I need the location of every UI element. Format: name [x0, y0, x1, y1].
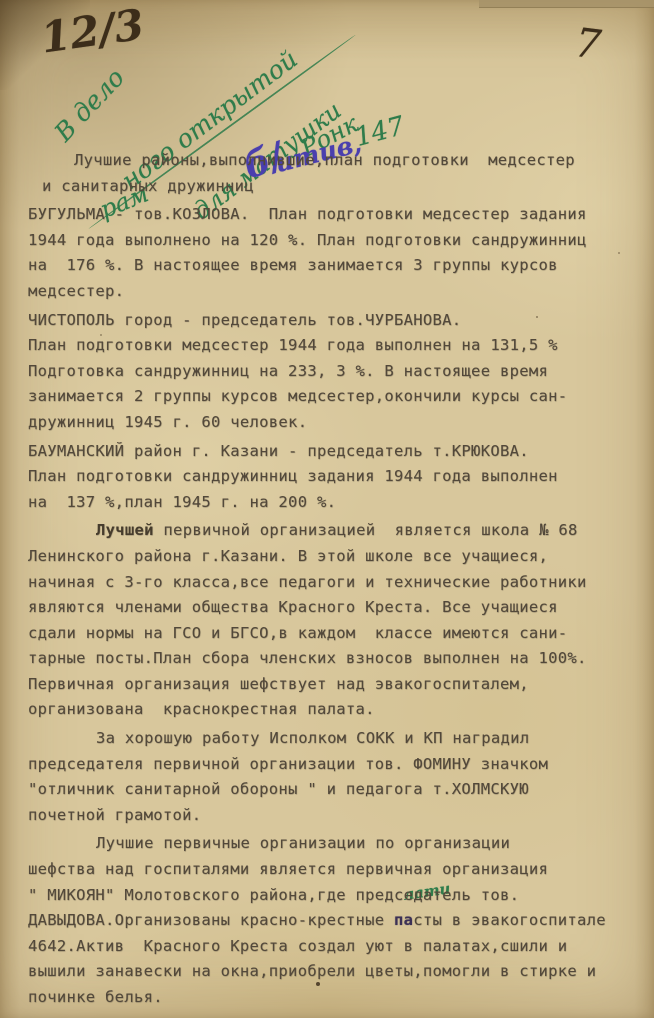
typed-line: на 176 %. В настоящее время занимается 3…: [28, 253, 640, 279]
typed-line: организована краснокрестная палата.: [28, 697, 640, 723]
typed-line: Подготовка сандружинниц на 233, 3 %. В н…: [28, 359, 640, 385]
typed-line: шефства над госпиталями является первичн…: [28, 857, 640, 883]
page-number-handwriting: 7: [572, 20, 603, 69]
scan-edge-strip: [479, 0, 654, 8]
typed-line: вышили занавески на окна,приобрели цветы…: [28, 959, 640, 985]
typed-line: председателя первичной организации тов. …: [28, 752, 640, 778]
typed-line: починке белья.: [28, 985, 640, 1011]
typed-line: 4642.Актив Красного Креста создал уют в …: [28, 934, 640, 960]
typed-line: 1944 года выполнено на 120 %. План подго…: [28, 228, 640, 254]
scanned-document-page: 12/3 В дело ного открытой для матушки Ро…: [0, 0, 654, 1018]
typed-line: "отличник санитарной обороны " и педагог…: [28, 777, 640, 803]
typed-line: Лучшие первичные организации по организа…: [28, 831, 640, 857]
typed-line-rest: сты в эвакогоспитале: [413, 911, 606, 929]
typed-line: ЧИСТОПОЛЬ город - председатель тов.ЧУРБА…: [28, 308, 640, 334]
typed-text-body: Лучшие районы,выполнившие,план подготовк…: [28, 148, 640, 1011]
typed-line: Лучшие районы,выполнившие,план подготовк…: [28, 148, 640, 174]
typed-line: дружинниц 1945 г. 60 человек.: [28, 410, 640, 436]
paper-speck: [618, 252, 620, 254]
typed-line: и санитарных дружинниц: [28, 174, 640, 200]
typed-line: тарные посты.План сбора членских взносов…: [28, 646, 640, 672]
typed-line: БУГУЛЬМА - тов.КОЗЛОВА. План подготовки …: [28, 202, 640, 228]
typed-line: на 137 %,план 1945 г. на 200 %.: [28, 490, 640, 516]
overstruck-word: Лучшей: [96, 521, 154, 539]
typed-line: Лучшей первичной организацией является ш…: [28, 518, 640, 544]
paper-speck: [316, 982, 320, 986]
typed-line: ДАВЫДОВА.Организованы красно-крестные па…: [28, 908, 640, 934]
typed-line: начиная с 3-го класса,все педагоги и тех…: [28, 570, 640, 596]
typed-line: являются членами общества Красного Крест…: [28, 595, 640, 621]
typed-line: За хорошую работу Исполком СОКК и КП наг…: [28, 726, 640, 752]
typed-line-rest: первичной организацией является школа № …: [154, 521, 578, 539]
typed-line: Ленинского района г.Казани. В этой школе…: [28, 544, 640, 570]
typed-line: занимается 2 группы курсов медсестер,око…: [28, 384, 640, 410]
typed-line: почетной грамотой.: [28, 803, 640, 829]
paper-speck: [100, 334, 102, 336]
typed-line: План подготовки сандружинниц задания 194…: [28, 464, 640, 490]
typed-line: " МИКОЯН" Молотовского района,где предсе…: [28, 883, 640, 909]
typed-line: БАУМАНСКИЙ район г. Казани - председател…: [28, 439, 640, 465]
paper-speck: [536, 316, 538, 318]
typed-line: медсестер.: [28, 279, 640, 305]
typed-line-pre: ДАВЫДОВА.Организованы красно-крестные: [28, 911, 394, 929]
overstruck-word: па: [394, 911, 413, 929]
typed-line: План подготовки медсестер 1944 года выпо…: [28, 333, 640, 359]
typed-line: сдали нормы на ГСО и БГСО,в каждом класс…: [28, 621, 640, 647]
typed-line: Первичная организация шефствует над эвак…: [28, 672, 640, 698]
